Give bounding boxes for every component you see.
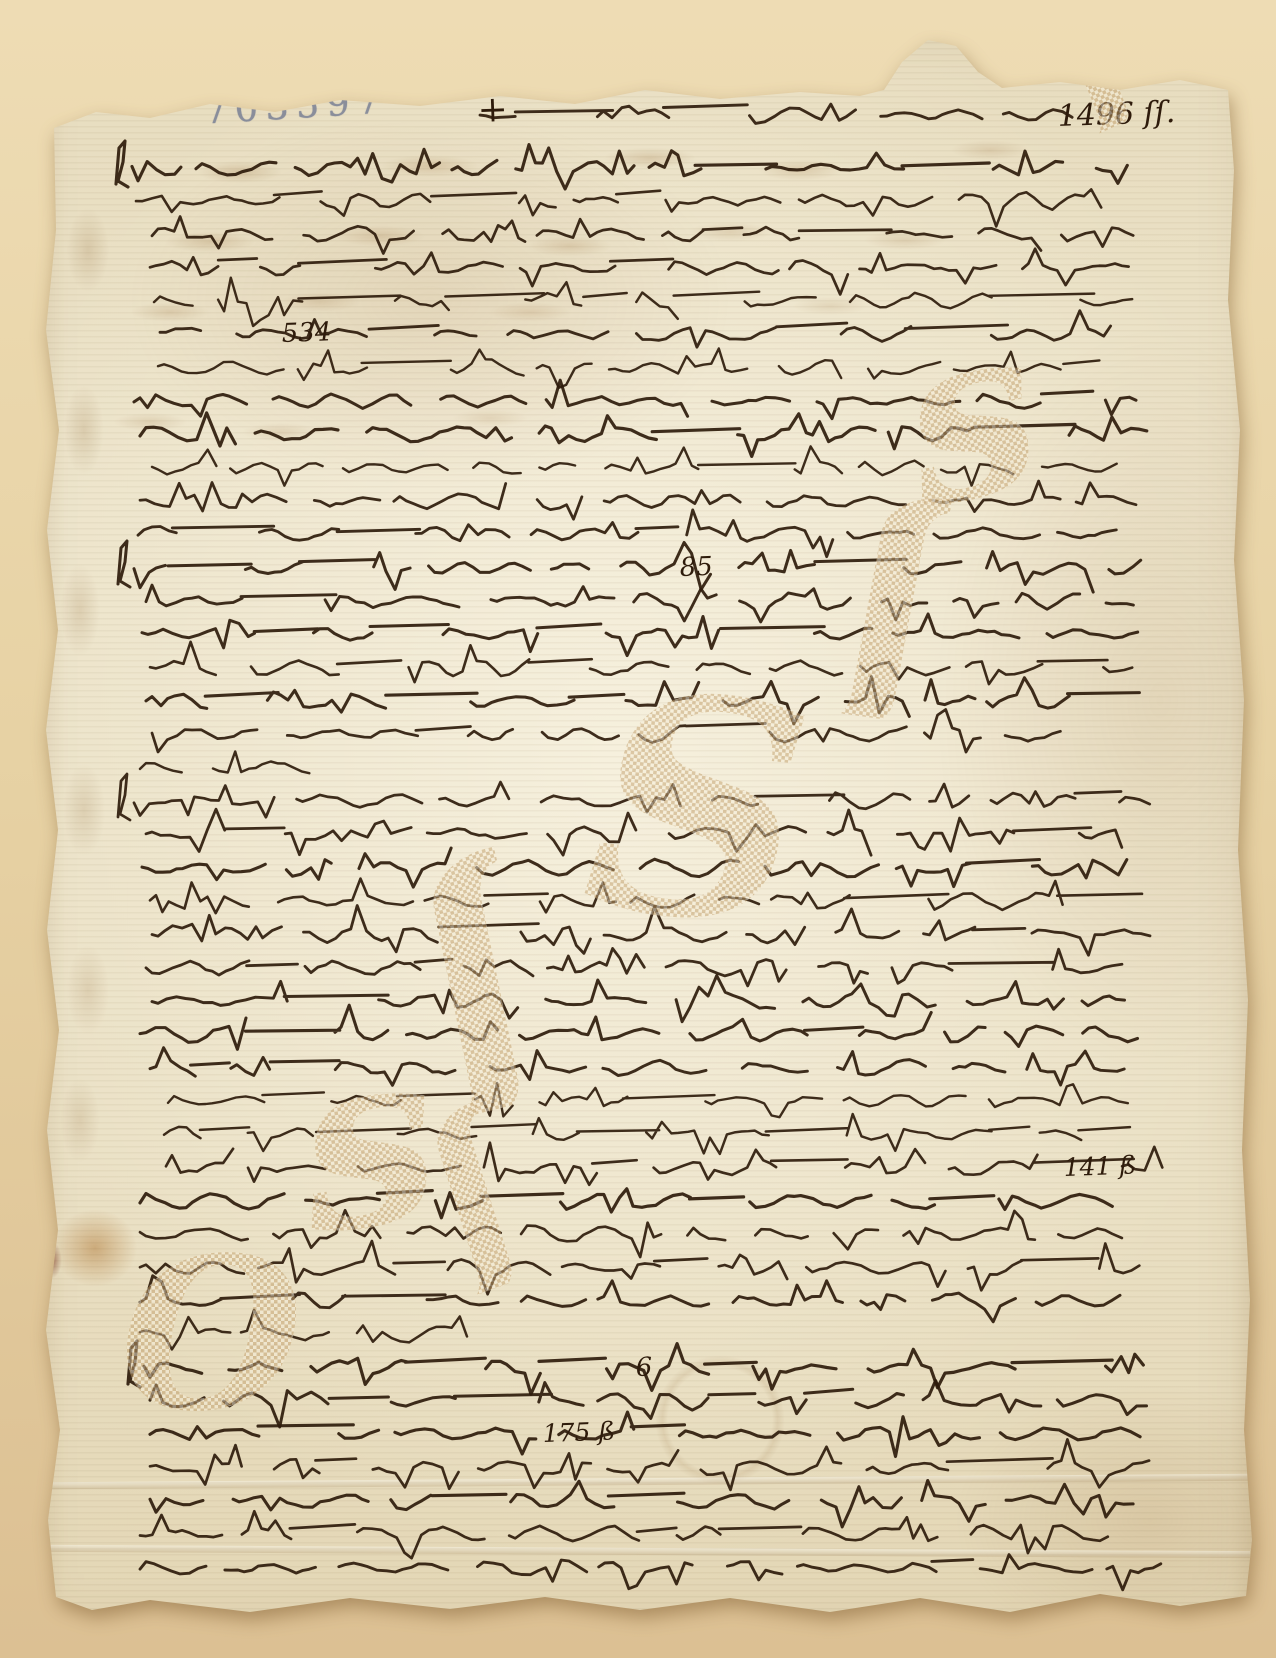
legible-numeral: 6: [635, 1352, 653, 1383]
handwritten-line: [142, 614, 1138, 656]
handwritten-line: [166, 1143, 1162, 1185]
handwritten-line: [140, 1189, 1112, 1218]
handwriting-ink: +1496 ſſ.53485141 ß6175 ß: [0, 0, 1276, 1658]
handwritten-line: [480, 104, 1072, 123]
handwritten-line: [134, 380, 1136, 418]
legible-numeral: 175 ß: [542, 1416, 615, 1448]
handwritten-line: [140, 1511, 1108, 1558]
handwritten-line: [152, 217, 1133, 254]
legible-numeral: 85: [679, 552, 713, 583]
handwritten-line: [152, 446, 1117, 485]
handwritten-line: [140, 1276, 1120, 1322]
legible-numeral: 534: [281, 317, 332, 349]
letter-page: 703597 +1496 ſſ.53485141 ß6175 ß ʃsʃSʃʃs…: [0, 0, 1276, 1658]
handwritten-line: [140, 1005, 1138, 1049]
paper-sheet: 703597 +1496 ſſ.53485141 ß6175 ß ʃsʃSʃʃs…: [0, 0, 1276, 1658]
scan-background: 703597 +1496 ſſ.53485141 ß6175 ß ʃsʃSʃʃs…: [0, 0, 1276, 1658]
handwritten-line: [142, 848, 1127, 887]
handwritten-line: [150, 1481, 1133, 1527]
legible-numeral: +: [477, 89, 509, 131]
handwritten-line: [150, 1381, 1147, 1428]
handwritten-line: [150, 249, 1129, 295]
handwritten-line: [116, 141, 1127, 189]
handwritten-line: [118, 541, 1141, 592]
legible-numeral: 1496 ſſ.: [1057, 95, 1176, 134]
handwritten-line: [140, 481, 1136, 519]
handwritten-line: [150, 1048, 1124, 1086]
legible-numeral: 141 ß: [1063, 1150, 1136, 1182]
handwritten-line: [150, 1412, 1140, 1456]
handwritten-line: [164, 1114, 1130, 1154]
handwritten-line: [152, 976, 1125, 1022]
handwritten-line: [140, 1310, 467, 1350]
handwritten-line: [146, 809, 1122, 855]
handwritten-line: [152, 906, 1150, 956]
handwritten-line: [158, 349, 1099, 388]
handwritten-line: [140, 1555, 1161, 1590]
handwritten-line: [150, 1439, 1149, 1490]
handwritten-line: [140, 752, 309, 774]
handwritten-line: [140, 413, 1147, 457]
handwritten-line: [146, 949, 1122, 986]
handwritten-line: [138, 510, 1116, 557]
handwritten-line: [150, 879, 1142, 914]
handwritten-line: [150, 642, 1132, 684]
handwritten-line: [118, 774, 1150, 820]
handwritten-line: [136, 189, 1101, 226]
handwritten-line: [140, 1241, 1139, 1294]
handwritten-line: [152, 710, 1060, 753]
handwritten-line: [146, 585, 1133, 622]
handwritten-line: [168, 1083, 1128, 1117]
